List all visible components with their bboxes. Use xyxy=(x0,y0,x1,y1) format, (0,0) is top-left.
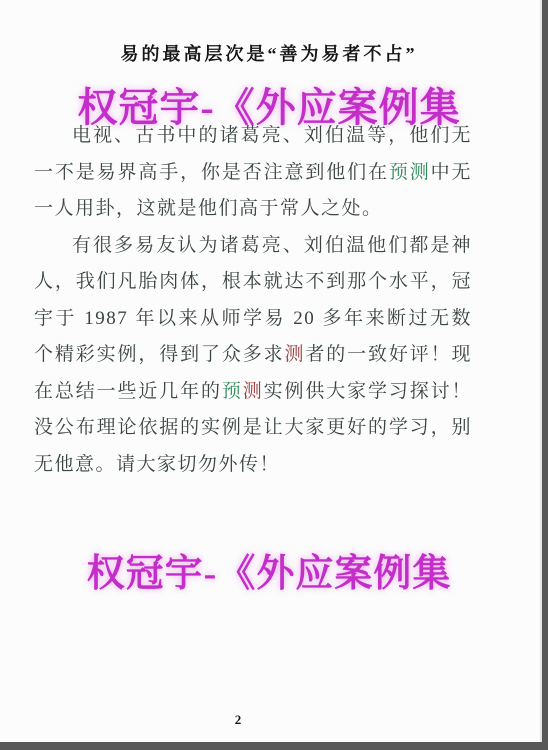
highlighted-term: 预 xyxy=(222,381,243,402)
highlighted-term: 预测 xyxy=(389,162,431,183)
document-page: 易的最高层次是“善为易者不占” 权冠宇-《外应案例集 电视、古书中的诸葛亮、刘伯… xyxy=(0,0,548,750)
highlighted-term: 测 xyxy=(284,344,305,365)
book-title-bottom: 权冠宇-《外应案例集 xyxy=(0,542,538,597)
paragraph: 电视、古书中的诸葛亮、刘伯温等，他们无一不是易界高手，你是否注意到他们在预测中无… xyxy=(34,118,472,228)
highlighted-term: 测 xyxy=(243,381,264,402)
page-edge-bottom xyxy=(0,742,548,750)
page-edge-right xyxy=(540,0,548,742)
page-number: 2 xyxy=(224,712,252,728)
paragraph: 有很多易友认为诸葛亮、刘伯温他们都是神人，我们凡胎肉体，根本就达不到那个水平，冠… xyxy=(34,228,472,484)
page-header-text: 易的最高层次是“善为易者不占” xyxy=(20,40,518,66)
body-text-block: 电视、古书中的诸葛亮、刘伯温等，他们无一不是易界高手，你是否注意到他们在预测中无… xyxy=(34,118,472,483)
